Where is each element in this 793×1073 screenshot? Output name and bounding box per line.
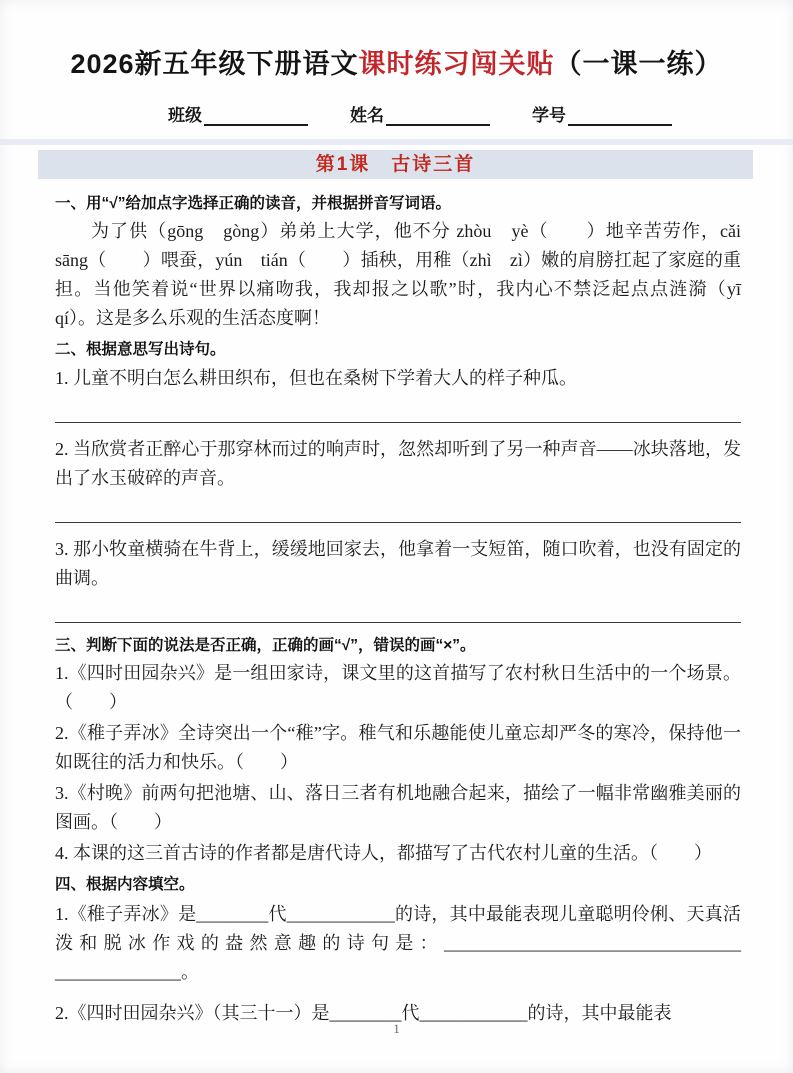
class-blank-line <box>204 106 308 126</box>
page-title: 2026新五年级下册语文课时练习闯关贴（一课一练） <box>0 0 793 81</box>
section-3-item-2: 2.《稚子弄冰》全诗突出一个“稚”字。稚气和乐趣能使儿童忘却严冬的寒冷，保持他一… <box>55 719 741 777</box>
spacer <box>55 987 741 995</box>
class-field: 班级 <box>168 101 308 126</box>
section-3-item-4: 4. 本课的这三首古诗的作者都是唐代诗人，都描写了古代农村儿童的生活。（ ） <box>55 839 741 868</box>
decorative-strip <box>0 139 793 145</box>
title-black-left: 2026新五年级下册语文 <box>70 49 358 79</box>
section-2-item-2: 2. 当欣赏者正醉心于那穿林而过的响声时，忽然却听到了另一种声音——冰块落地，发… <box>55 435 741 493</box>
student-id-blank-line <box>568 106 672 126</box>
title-black-right: （一课一练） <box>555 49 723 79</box>
student-info-line: 班级 姓名 学号 <box>168 101 793 126</box>
class-label: 班级 <box>168 101 202 126</box>
name-field: 姓名 <box>350 101 490 126</box>
title-red-part: 课时练习闯关贴 <box>359 49 555 79</box>
section-3-header: 三、判断下面的说法是否正确，正确的画“√”，错误的画“×”。 <box>55 635 741 657</box>
section-2-item-1: 1. 儿童不明白怎么耕田织布，但也在桑树下学着大人的样子种瓜。 <box>55 364 741 393</box>
answer-blank-line-1 <box>55 393 741 423</box>
section-1-paragraph: 为了供（gōng gòng）弟弟上大学，他不分 zhòu yè（ ）地辛苦劳作，… <box>55 217 741 333</box>
section-2-header: 二、根据意思写出诗句。 <box>55 339 741 361</box>
lesson-banner: 第1课 古诗三首 <box>38 150 753 179</box>
page-number: 1 <box>0 1021 793 1037</box>
worksheet-content: 一、用“√”给加点字选择正确的读音，并根据拼音写词语。 为了供（gōng gòn… <box>0 179 793 1028</box>
section-4-item-1: 1.《稚子弄冰》是________代____________的诗，其中最能表现儿… <box>55 900 741 987</box>
name-label: 姓名 <box>350 101 384 126</box>
section-2-item-3: 3. 那小牧童横骑在牛背上，缓缓地回家去，他拿着一支短笛，随口吹着，也没有固定的… <box>55 535 741 593</box>
worksheet-page: 2026新五年级下册语文课时练习闯关贴（一课一练） 班级 姓名 学号 第1课 古… <box>0 0 793 1073</box>
student-id-field: 学号 <box>532 101 672 126</box>
student-id-label: 学号 <box>532 101 566 126</box>
section-3-item-3: 3.《村晚》前两句把池塘、山、落日三者有机地融合起来，描绘了一幅非常幽雅美丽的图… <box>55 779 741 837</box>
section-1-header: 一、用“√”给加点字选择正确的读音，并根据拼音写词语。 <box>55 193 741 215</box>
section-3-item-1: 1.《四时田园杂兴》是一组田家诗，课文里的这首描写了农村秋日生活中的一个场景。（… <box>55 659 741 717</box>
answer-blank-line-3 <box>55 593 741 623</box>
name-blank-line <box>386 106 490 126</box>
answer-blank-line-2 <box>55 493 741 523</box>
section-4-header: 四、根据内容填空。 <box>55 874 741 896</box>
